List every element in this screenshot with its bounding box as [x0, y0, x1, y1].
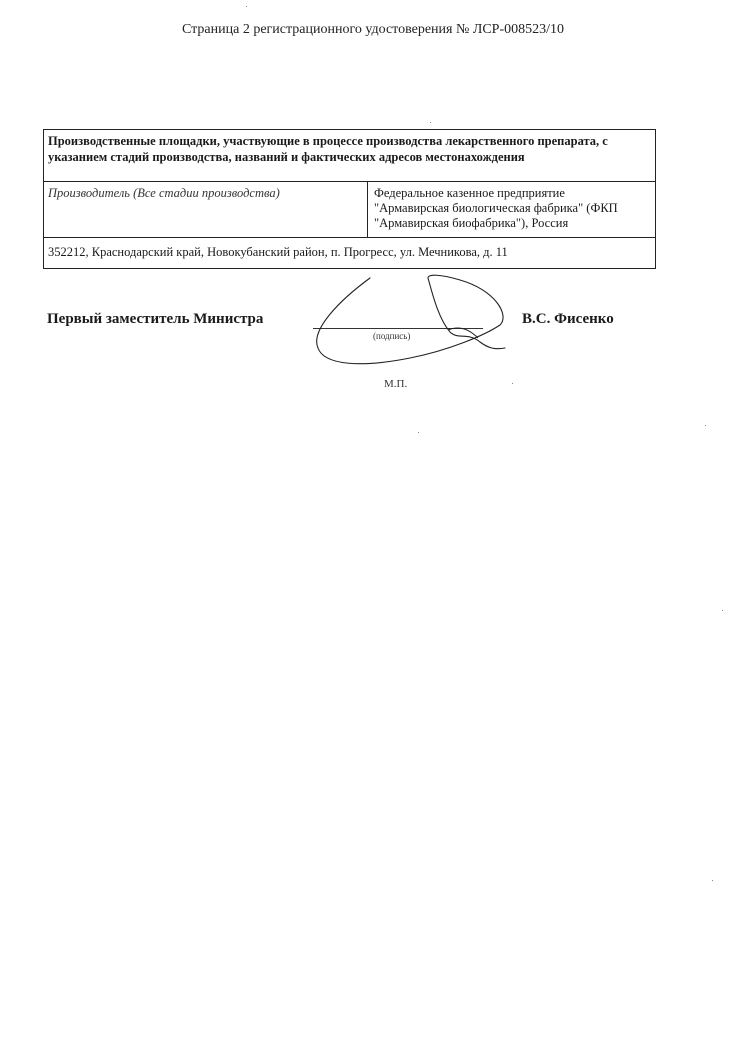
manufacturer-address: 352212, Краснодарский край, Новокубански… — [44, 238, 655, 268]
signature-block: Первый заместитель Министра (подпись) В.… — [0, 300, 746, 420]
scan-speck — [246, 6, 247, 7]
signature-line — [313, 328, 483, 329]
manufacturer-row: Производитель (Все стадии производства) … — [44, 182, 655, 238]
organization-line-2: "Армавирская биологическая фабрика" (ФКП — [374, 201, 649, 216]
table-heading: Производственные площадки, участвующие в… — [44, 130, 655, 182]
scan-speck — [418, 432, 419, 433]
signatory-position: Первый заместитель Министра — [47, 311, 263, 328]
scan-speck — [705, 425, 706, 426]
scan-speck — [722, 610, 723, 611]
scan-speck — [512, 383, 513, 384]
production-sites-table: Производственные площадки, участвующие в… — [43, 129, 656, 269]
organization-line-1: Федеральное казенное предприятие — [374, 186, 649, 201]
signature-caption: (подпись) — [373, 331, 410, 341]
scan-speck — [430, 122, 431, 123]
signatory-name: В.С. Фисенко — [522, 311, 614, 328]
stamp-mark: М.П. — [384, 378, 407, 390]
manufacturer-role: Производитель (Все стадии производства) — [44, 182, 368, 237]
scan-speck — [712, 880, 713, 881]
page-header: Страница 2 регистрационного удостоверени… — [0, 22, 746, 38]
manufacturer-organization: Федеральное казенное предприятие "Армави… — [368, 182, 655, 237]
organization-line-3: "Армавирская биофабрика"), Россия — [374, 216, 649, 231]
